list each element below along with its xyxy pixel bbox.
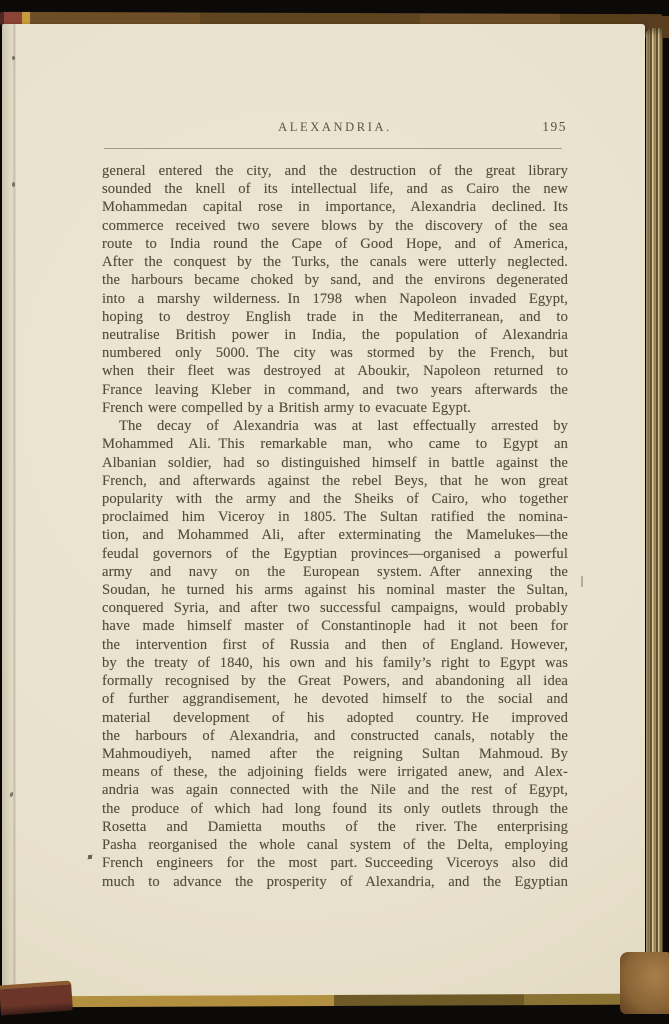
text-line: the intervention first of Russia and the…	[102, 636, 568, 654]
text-line: conquered Syria, and after two successfu…	[102, 599, 568, 617]
fore-edge-pages	[646, 28, 663, 990]
text-line: means of these, the adjoining fields wer…	[102, 763, 568, 781]
header-rule	[104, 148, 562, 149]
text-line: French engineers for the most part. Succ…	[102, 854, 568, 872]
text-line: Mohammedan capital rose in importance, A…	[102, 198, 568, 216]
paragraph: The decay of Alexandria was at last effe…	[102, 417, 568, 891]
text-line: French, and afterwards against the rebel…	[102, 472, 568, 490]
text-line: much to advance the prosperity of Alexan…	[102, 873, 568, 891]
ink-speck	[12, 182, 15, 187]
text-line: the harbours of Alexandria, and construc…	[102, 727, 568, 745]
book-page: ALEXANDRIA. 195 general entered the city…	[2, 24, 645, 997]
book-bottom-edge	[4, 994, 662, 1008]
text-line: Soudan, he turned his arms against his n…	[102, 581, 568, 599]
text-line: popularity with the army and the Sheiks …	[102, 490, 568, 508]
text-line: when their fleet was destroyed at Abouki…	[102, 362, 568, 380]
text-line: The decay of Alexandria was at last effe…	[102, 417, 568, 435]
text-line: material development of his adopted coun…	[102, 709, 568, 727]
text-line: have made himself master of Constantinop…	[102, 617, 568, 635]
text-line: hoping to destroy English trade in the M…	[102, 308, 568, 326]
text-line: army and navy on the European system. Af…	[102, 563, 568, 581]
text-line: Mohammed Ali. This remarkable man, who c…	[102, 435, 568, 453]
text-line: France leaving Kleber in command, and tw…	[102, 381, 568, 399]
text-line: feudal governors of the Egyptian provinc…	[102, 545, 568, 563]
pencil-mark	[581, 576, 583, 587]
text-line: of further aggrandisement, he devoted hi…	[102, 690, 568, 708]
paragraph: general entered the city, and the destru…	[102, 162, 568, 417]
running-head: ALEXANDRIA.	[102, 120, 568, 135]
text-line: into a marshy wilderness. In 1798 when N…	[102, 290, 568, 308]
text-line: numbered only 5000. The city was stormed…	[102, 344, 568, 362]
text-line: French were compelled by a British army …	[102, 399, 568, 417]
text-line: route to India round the Cape of Good Ho…	[102, 235, 568, 253]
text-line: Rosetta and Damietta mouths of the river…	[102, 818, 568, 836]
page-number: 195	[542, 119, 567, 135]
text-line: commerce received two severe blows by th…	[102, 217, 568, 235]
text-line: the harbours became choked by sand, and …	[102, 271, 568, 289]
text-line: Mahmoudiyeh, named after the reigning Su…	[102, 745, 568, 763]
text-line: andria was again connected with the Nile…	[102, 781, 568, 799]
text-line: Albanian soldier, had so distinguished h…	[102, 454, 568, 472]
page-content: ALEXANDRIA. 195 general entered the city…	[102, 120, 568, 891]
photo-backdrop: ALEXANDRIA. 195 general entered the city…	[0, 0, 669, 1024]
text-line: After the conquest by the Turks, the can…	[102, 253, 568, 271]
page-header: ALEXANDRIA. 195	[102, 120, 568, 136]
text-line: sounded the knell of its intellectual li…	[102, 180, 568, 198]
text-line: Pasha reorganised the whole canal system…	[102, 836, 568, 854]
text-line: formally recognised by the Great Powers,…	[102, 672, 568, 690]
text-line: general entered the city, and the destru…	[102, 162, 568, 180]
book-cover-corner-bottom	[620, 952, 669, 1014]
text-line: the produce of which had long found its …	[102, 800, 568, 818]
text-line: proclaimed him Viceroy in 1805. The Sult…	[102, 508, 568, 526]
binding-corner-left	[0, 981, 73, 1016]
ink-speck	[12, 56, 15, 60]
page-gutter-crease	[2, 24, 16, 997]
text-block: general entered the city, and the destru…	[102, 162, 568, 891]
text-line: by the treaty of 1840, his own and his f…	[102, 654, 568, 672]
ink-speck	[88, 855, 92, 859]
text-line: tion, and Mohammed Ali, after exterminat…	[102, 526, 568, 544]
text-line: neutralise British power in India, the p…	[102, 326, 568, 344]
